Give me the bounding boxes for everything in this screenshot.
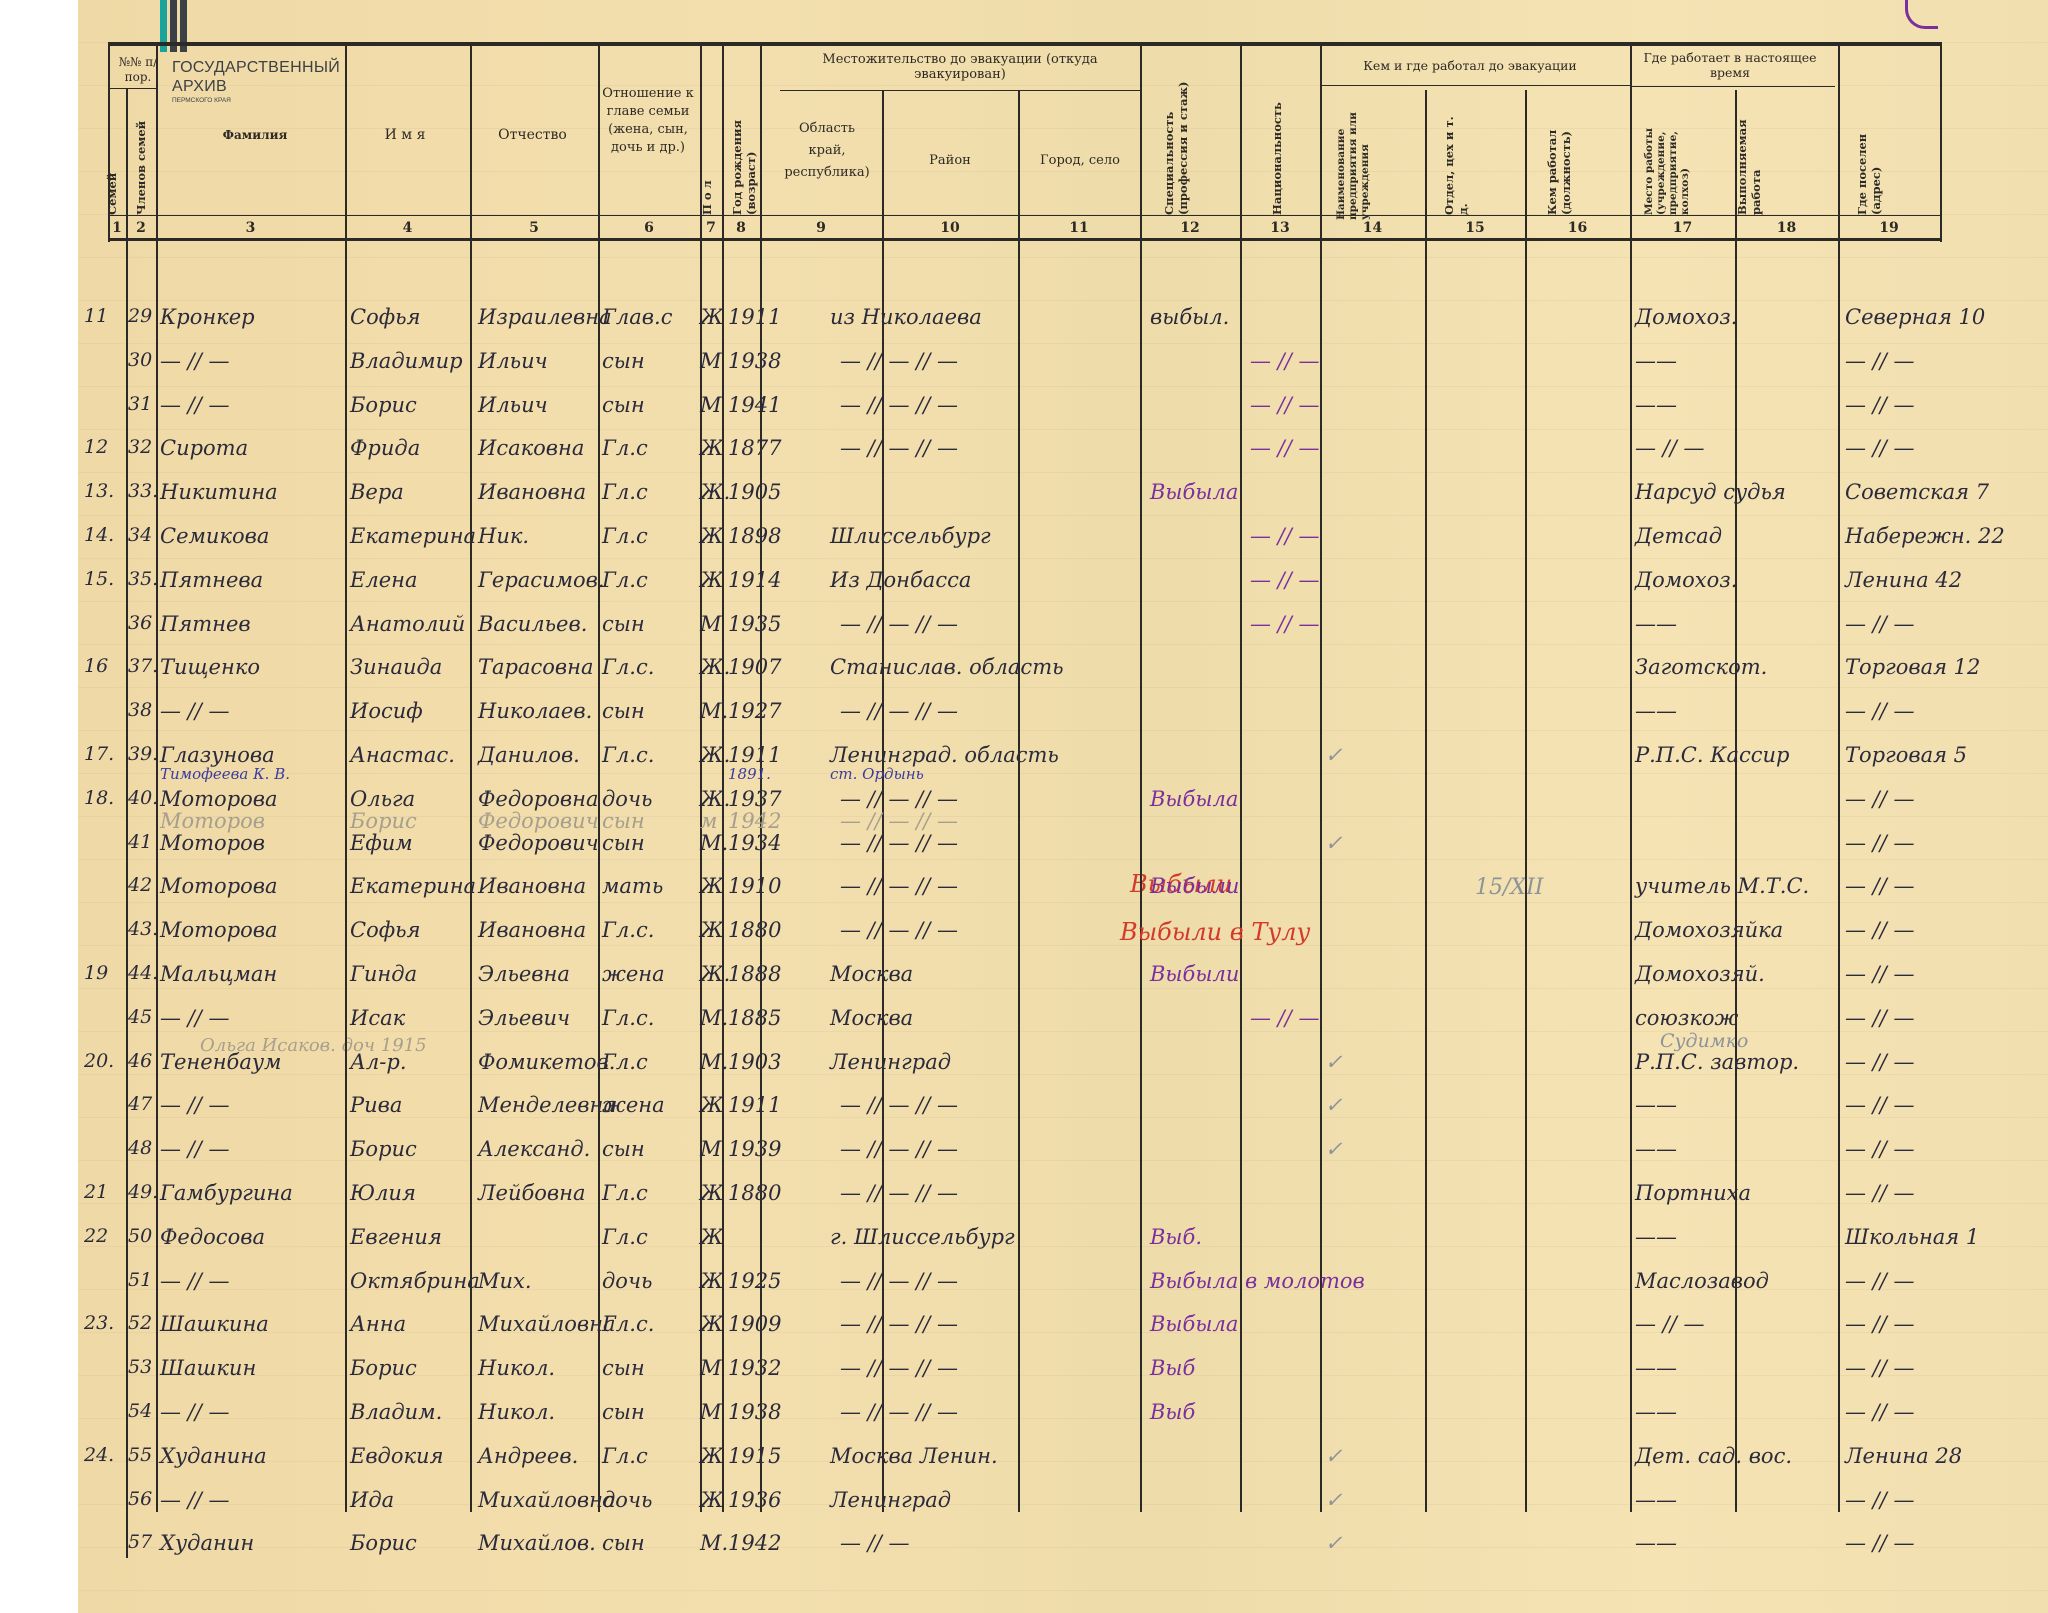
column-number-2: 2 (126, 220, 156, 236)
row-patronymic: Ивановна (478, 874, 586, 898)
row-current-work: —— (1635, 699, 1677, 723)
row-last-name: Худанина (160, 1444, 267, 1468)
row-patronymic: Менделевна (478, 1093, 616, 1117)
row-patronymic: Израилевна (478, 305, 612, 329)
row-origin: — // — // — (840, 787, 958, 811)
column-divider-2 (156, 42, 158, 1512)
row-address: — // — (1845, 1400, 1915, 1424)
row-patronymic: Федорович (478, 831, 599, 855)
row-origin: — // — // — (840, 1093, 958, 1117)
row-address: — // — (1845, 393, 1915, 417)
header-chlenov: Членов семей (134, 100, 148, 215)
header-specialnost: Специальность (профессия и стаж) (1162, 55, 1198, 215)
row-origin: из Николаева (830, 305, 982, 329)
row-relation: жена (602, 1093, 665, 1117)
row-patronymic: Андреев. (478, 1444, 578, 1468)
row-address: Советская 7 (1845, 480, 1989, 504)
row-first-name: Анатолий (350, 612, 465, 636)
row-sex: Ж (700, 1093, 724, 1117)
row-status-note: — // — (1250, 524, 1320, 548)
row-status-note: Выбыла (1150, 480, 1238, 504)
row-address: Ленина 42 (1845, 568, 1962, 592)
row-address: — // — (1845, 1269, 1915, 1293)
row-patronymic: Исаковна (478, 436, 584, 460)
row-origin: — // — // — (840, 1312, 958, 1336)
row-last-name: Сирота (160, 436, 248, 460)
row-birth-year: 1942 (728, 1531, 781, 1555)
row-relation: жена (602, 962, 665, 986)
row-birth-year: 1942 (728, 809, 781, 833)
row-status-note: ✓ (1325, 1050, 1343, 1074)
row-current-work: —— (1635, 612, 1677, 636)
row-patronymic: Ильич (478, 349, 548, 373)
row-birth-year: 1888 (728, 962, 781, 986)
row-address: Северная 10 (1845, 305, 1985, 329)
row-member-number: 47 (128, 1093, 152, 1115)
row-relation: дочь (602, 1269, 652, 1293)
row-origin: — // — (840, 1531, 910, 1555)
row-current-work: —— (1635, 1093, 1677, 1117)
row-first-name: Гинда (350, 962, 417, 986)
column-number-12: 12 (1140, 220, 1240, 236)
row-birth-year: 1939 (728, 1137, 781, 1161)
header-mesto-group: Местожительство до эвакуации (откуда эва… (780, 52, 1140, 82)
row-origin: Из Донбасса (830, 568, 971, 592)
row-patronymic: Эльевна (478, 962, 570, 986)
column-divider-0 (108, 42, 110, 242)
row-origin: Москва (830, 962, 913, 986)
row-relation: Гл.с (602, 1225, 648, 1249)
row-current-work: Домохозяйка (1635, 918, 1783, 942)
row-address: — // — (1845, 962, 1915, 986)
row-current-work: Дет. сад. вос. (1635, 1444, 1792, 1468)
row-patronymic: Федорович (478, 809, 599, 833)
row-first-name: Октябрина (350, 1269, 480, 1293)
row-member-number: 45 (128, 1006, 152, 1028)
row-origin: — // — // — (840, 831, 958, 855)
row-current-work: Р.П.С. завтор. (1635, 1050, 1799, 1074)
row-address: Набережн. 22 (1845, 524, 2005, 548)
row-sex: Ж (700, 1488, 724, 1512)
row-patronymic: Николаев. (478, 699, 592, 723)
row-origin: Ленинград (830, 1050, 951, 1074)
row-member-number: 31 (128, 393, 152, 415)
row-birth-year: 1885 (728, 1006, 781, 1030)
row-origin: — // — // — (840, 393, 958, 417)
row-origin: — // — // — (840, 809, 958, 833)
row-birth-year: 1941 (728, 393, 781, 417)
row-last-name: — // — (160, 1400, 230, 1424)
row-member-number: 43. (128, 918, 158, 940)
row-patronymic: Ивановна (478, 480, 586, 504)
column-divider-17 (1735, 90, 1737, 1512)
row-origin: — // — // — (840, 436, 958, 460)
logo-line3: ПЕРМСКОГО КРАЯ (172, 96, 340, 106)
row-member-number: 48 (128, 1137, 152, 1159)
column-number-1: 1 (108, 220, 126, 236)
row-last-name: Пятнева (160, 568, 263, 592)
row-current-work: —— (1635, 1488, 1677, 1512)
row-sex: М. (700, 1531, 728, 1555)
logo-line2: АРХИВ (172, 77, 340, 96)
row-relation: Гл.с. (602, 1312, 654, 1336)
row-address: — // — (1845, 831, 1915, 855)
mesto-group-rule (780, 90, 1140, 91)
column-number-7: 7 (700, 220, 722, 236)
column-number-11: 11 (1018, 220, 1140, 236)
row-patronymic: Герасимов. (478, 568, 605, 592)
column-number-18: 18 (1735, 220, 1838, 236)
row-last-name: Моторова (160, 787, 278, 811)
row-last-name: Моторова (160, 874, 278, 898)
column-divider-3 (345, 42, 347, 1512)
header-otnoshenie: Отношение к главе семьи (жена, сын, дочь… (598, 85, 698, 157)
row-birth-year: 1911 (728, 743, 781, 767)
row-patronymic: Васильев. (478, 612, 587, 636)
row-address: — // — (1845, 1312, 1915, 1336)
column-number-14: 14 (1320, 220, 1425, 236)
column-number-3: 3 (156, 220, 345, 236)
header-rayon: Район (880, 153, 1020, 168)
header-kem-rabotal: Кем работал (должность) (1545, 100, 1585, 215)
row-current-work: Детсад (1635, 524, 1722, 548)
row-family-number: 22 (84, 1225, 108, 1247)
column-divider-11 (1140, 42, 1142, 1512)
column-divider-19 (1940, 42, 1942, 242)
row-origin: Москва (830, 1006, 913, 1030)
row-address: Ленина 28 (1845, 1444, 1962, 1468)
row-address: — // — (1845, 436, 1915, 460)
column-divider-14 (1425, 90, 1427, 1512)
column-number-19: 19 (1838, 220, 1940, 236)
row-status-note: — // — (1250, 568, 1320, 592)
row-origin: — // — // — (840, 1181, 958, 1205)
header-top-rule (108, 42, 1940, 46)
row-last-name: Тененбаум (160, 1050, 281, 1074)
row-member-number: 33. (128, 480, 158, 502)
row-address: — // — (1845, 1006, 1915, 1030)
row-first-name: Иосиф (350, 699, 423, 723)
row-first-name: Фрида (350, 436, 420, 460)
row-address: — // — (1845, 349, 1915, 373)
row-member-number: 32 (128, 436, 152, 458)
row-birth-year: 1911 (728, 1093, 781, 1117)
header-bottom-rule (108, 215, 1940, 216)
row-sex: М (700, 393, 722, 417)
header-otdel: Отдел, цех и т. д. (1442, 110, 1482, 215)
row-relation: Гл.с (602, 1050, 648, 1074)
row-relation: Гл.с. (602, 918, 654, 942)
row-last-name: Шашкин (160, 1356, 256, 1380)
row-birth-year: 1932 (728, 1356, 781, 1380)
header-gorod: Город, село (1020, 153, 1140, 168)
row-patronymic: Никол. (478, 1400, 555, 1424)
row-address: — // — (1845, 1050, 1915, 1074)
row-sex: М (700, 1356, 722, 1380)
row-sex: Ж (700, 1444, 724, 1468)
row-current-work: —— (1635, 349, 1677, 373)
header-naimenovanie: Наименование предприятия или учреждения (1335, 95, 1385, 220)
row-address: Торговая 5 (1845, 743, 1967, 767)
row-first-name: Ольга (350, 787, 415, 811)
row-birth-year: 1910 (728, 874, 781, 898)
row-status-note: Выбыла в молотов (1150, 1269, 1365, 1293)
row-member-number: 37. (128, 655, 158, 677)
row-sex: м (700, 809, 717, 833)
row-first-name: Ефим (350, 831, 413, 855)
row-first-name: Борис (350, 1531, 417, 1555)
row-address: — // — (1845, 1531, 1915, 1555)
row-relation: Глав.с (602, 305, 672, 329)
row-address: Школьная 1 (1845, 1225, 1979, 1249)
row-last-name: Пятнев (160, 612, 251, 636)
row-family-number: 12 (84, 436, 108, 458)
row-first-name: Анна (350, 1312, 406, 1336)
row-last-name: — // — (160, 393, 230, 417)
row-last-name: — // — (160, 1093, 230, 1117)
row-member-number: 55 (128, 1444, 152, 1466)
row-current-work: —— (1635, 1356, 1677, 1380)
row-last-name: — // — (160, 1006, 230, 1030)
row-relation: Гл.с (602, 1181, 648, 1205)
row-relation: сын (602, 1356, 645, 1380)
column-divider-15 (1525, 90, 1527, 1512)
row-sex: Ж (700, 874, 724, 898)
row-current-work: Домохоз. (1635, 305, 1737, 329)
row-relation: сын (602, 699, 645, 723)
row-sex: Ж (700, 1225, 724, 1249)
row-sex: Ж. (700, 962, 730, 986)
row-last-name: Моторов (160, 831, 265, 855)
row-member-number: 40. (128, 787, 158, 809)
rabotal-group-rule (1320, 85, 1630, 86)
rabotaet-group-rule (1630, 86, 1835, 87)
row-patronymic: Мих. (478, 1269, 532, 1293)
row-status-note: — // — (1250, 1006, 1320, 1030)
logo-line1: ГОСУДАРСТВЕННЫЙ (172, 58, 340, 77)
row-sex: Ж (700, 524, 724, 548)
row-sex: Ж (700, 568, 724, 592)
row-current-work: Маслозавод (1635, 1269, 1769, 1293)
row-origin: — // — // — (840, 1400, 958, 1424)
row-current-work: —— (1635, 1137, 1677, 1161)
row-sex: Ж. (700, 743, 730, 767)
row-address: — // — (1845, 918, 1915, 942)
row-relation: Гл.с (602, 1444, 648, 1468)
row-patronymic: Михайлов. (478, 1531, 596, 1555)
row-relation: Гл.с (602, 524, 648, 548)
row-address: — // — (1845, 1093, 1915, 1117)
row-current-work: Р.П.С. Кассир (1635, 743, 1789, 767)
row-birth-year: 1938 (728, 1400, 781, 1424)
column-divider-18 (1838, 42, 1840, 1512)
row-origin: — // — // — (840, 1137, 958, 1161)
row-current-work: — // — (1635, 436, 1705, 460)
row-member-number: 51 (128, 1269, 152, 1291)
row-current-work: Заготскот. (1635, 655, 1767, 679)
row-status-note: ✓ (1325, 1093, 1343, 1117)
row-relation: сын (602, 1137, 645, 1161)
row-relation: дочь (602, 1488, 652, 1512)
row-first-name: Зинаида (350, 655, 442, 679)
column-number-13: 13 (1240, 220, 1320, 236)
row-sex: М (700, 1400, 722, 1424)
row-address: — // — (1845, 787, 1915, 811)
header-otchestvo: Отчество (470, 128, 595, 143)
row-last-name: Тищенко (160, 655, 260, 679)
row-first-name: Евдокия (350, 1444, 443, 1468)
row-origin: Ленинград. область (830, 743, 1059, 767)
row-first-name: Борис (350, 393, 417, 417)
row-member-number: 56 (128, 1488, 152, 1510)
row-sex: М (700, 1137, 722, 1161)
header-god: Год рождения (возраст) (730, 95, 760, 215)
row-status-note: ✓ (1325, 1444, 1343, 1468)
row-birth-year: 1909 (728, 1312, 781, 1336)
row-member-number: 41 (128, 831, 152, 853)
row-birth-year: 1937 (728, 787, 781, 811)
row-member-number: 44. (128, 962, 158, 984)
row-last-name: Моторов (160, 809, 265, 833)
row-member-number: 36 (128, 612, 152, 634)
row-address: — // — (1845, 1137, 1915, 1161)
row-member-number: 30 (128, 349, 152, 371)
header-gde-poselen: Где поселен (адрес) (1855, 100, 1895, 215)
row-birth-year: 1877 (728, 436, 781, 460)
row-relation: Гл.с (602, 436, 648, 460)
row-birth-year: 1915 (728, 1444, 781, 1468)
row-family-number: 13. (84, 480, 114, 502)
row-relation: Гл.с. (602, 743, 654, 767)
row-relation: сын (602, 831, 645, 855)
row-first-name: Ал-р. (350, 1050, 407, 1074)
row-current-work: учитель М.Т.С. (1635, 874, 1809, 898)
column-divider-16 (1630, 42, 1632, 1512)
row-status-note: ✓ (1325, 1531, 1343, 1555)
row-patronymic: Михайловна (478, 1488, 616, 1512)
row-patronymic: Александ. (478, 1137, 590, 1161)
row-family-number: 19 (84, 962, 108, 984)
row-patronymic: Ильич (478, 393, 548, 417)
row-address: — // — (1845, 1356, 1915, 1380)
row-family-number: 15. (84, 568, 114, 590)
row-last-name: Глазунова (160, 743, 275, 767)
row-sex: Ж (700, 1181, 724, 1205)
row-family-number: 24. (84, 1444, 114, 1466)
row-status-note: Выбыли (1150, 962, 1239, 986)
row-origin: — // — // — (840, 699, 958, 723)
row-status-note: выбыл. (1150, 305, 1229, 329)
row-last-name: — // — (160, 349, 230, 373)
row-first-name: Владим. (350, 1400, 442, 1424)
row-sex: М (700, 349, 722, 373)
row-patronymic: Фомикетов. (478, 1050, 615, 1074)
header-nacionalnost: Национальность (1270, 75, 1284, 215)
row-current-work: —— (1635, 393, 1677, 417)
row-first-name: Евгения (350, 1225, 442, 1249)
column-number-10: 10 (882, 220, 1018, 236)
row-address: — // — (1845, 612, 1915, 636)
row-current-work: —— (1635, 1225, 1677, 1249)
column-number-9: 9 (760, 220, 882, 236)
row-family-number: 20. (84, 1050, 114, 1072)
row-origin: — // — // — (840, 918, 958, 942)
row-birth-year: 1911 (728, 305, 781, 329)
row-status-note: Выб. (1150, 1225, 1202, 1249)
row-last-name: Тимофеева К. В. (160, 765, 290, 783)
row-member-number: 53 (128, 1356, 152, 1378)
row-relation: дочь (602, 787, 652, 811)
row-current-work: Домохоз. (1635, 568, 1737, 592)
row-first-name: Екатерина (350, 524, 476, 548)
row-member-number: 39. (128, 743, 158, 765)
row-first-name: Софья (350, 918, 421, 942)
row-sex: Ж. (700, 480, 730, 504)
row-last-name: Семикова (160, 524, 269, 548)
header-rabotal-group: Кем и где работал до эвакуации (1320, 58, 1620, 73)
row-current-work: Портниха (1635, 1181, 1751, 1205)
row-first-name: Елена (350, 568, 417, 592)
row-last-name: Гамбургина (160, 1181, 293, 1205)
row-member-number: 42 (128, 874, 152, 896)
row-patronymic: Михайловна (478, 1312, 616, 1336)
row-status-note: ✓ (1325, 1137, 1343, 1161)
row-patronymic: Тарасовна (478, 655, 593, 679)
row-origin: — // — // — (840, 1269, 958, 1293)
row-last-name: — // — (160, 1137, 230, 1161)
row-birth-year: 1914 (728, 568, 781, 592)
col1-split-rule (108, 88, 156, 89)
row-address: — // — (1845, 699, 1915, 723)
column-number-4: 4 (345, 220, 470, 236)
row-sex: М. (700, 1050, 728, 1074)
row-status-note: — // — (1250, 612, 1320, 636)
row-family-number: 11 (84, 305, 108, 327)
row-origin: Шлиссельбург (830, 524, 991, 548)
row-birth-year: 1880 (728, 1181, 781, 1205)
row-relation: сын (602, 612, 645, 636)
row-last-name: Федосова (160, 1225, 265, 1249)
row-sex: М. (700, 1006, 728, 1030)
row-last-name: — // — (160, 1269, 230, 1293)
row-current-work: Домохозяй. (1635, 962, 1765, 986)
row-member-number: 49. (128, 1181, 158, 1203)
row-relation: мать (602, 874, 663, 898)
column-divider-5 (598, 42, 600, 1512)
row-origin: — // — // — (840, 874, 958, 898)
row-family-number: 17. (84, 743, 114, 765)
row-status-note: Выбыли в Тулу (1120, 918, 1310, 946)
row-origin: — // — // — (840, 612, 958, 636)
row-status-note: Выб (1150, 1356, 1195, 1380)
row-relation: сын (602, 809, 645, 833)
row-last-name: Шашкина (160, 1312, 269, 1336)
row-member-number: 52 (128, 1312, 152, 1334)
archive-logo-text: ГОСУДАРСТВЕННЫЙ АРХИВ ПЕРМСКОГО КРАЯ (172, 58, 340, 106)
row-last-name: Никитина (160, 480, 278, 504)
row-sex: Ж (700, 305, 724, 329)
column-number-rule (108, 238, 1940, 241)
row-first-name: Софья (350, 305, 421, 329)
row-origin: — // — // — (840, 1356, 958, 1380)
column-divider-10 (1018, 90, 1020, 1512)
header-rabotaet-group: Где работает в настоящее время (1630, 50, 1830, 80)
row-patronymic: Никол. (478, 1356, 555, 1380)
row-member-number: 34 (128, 524, 152, 546)
row-family-number: 14. (84, 524, 114, 546)
row-status-note: ✓ (1325, 743, 1343, 767)
row-first-name: Екатерина (350, 874, 476, 898)
